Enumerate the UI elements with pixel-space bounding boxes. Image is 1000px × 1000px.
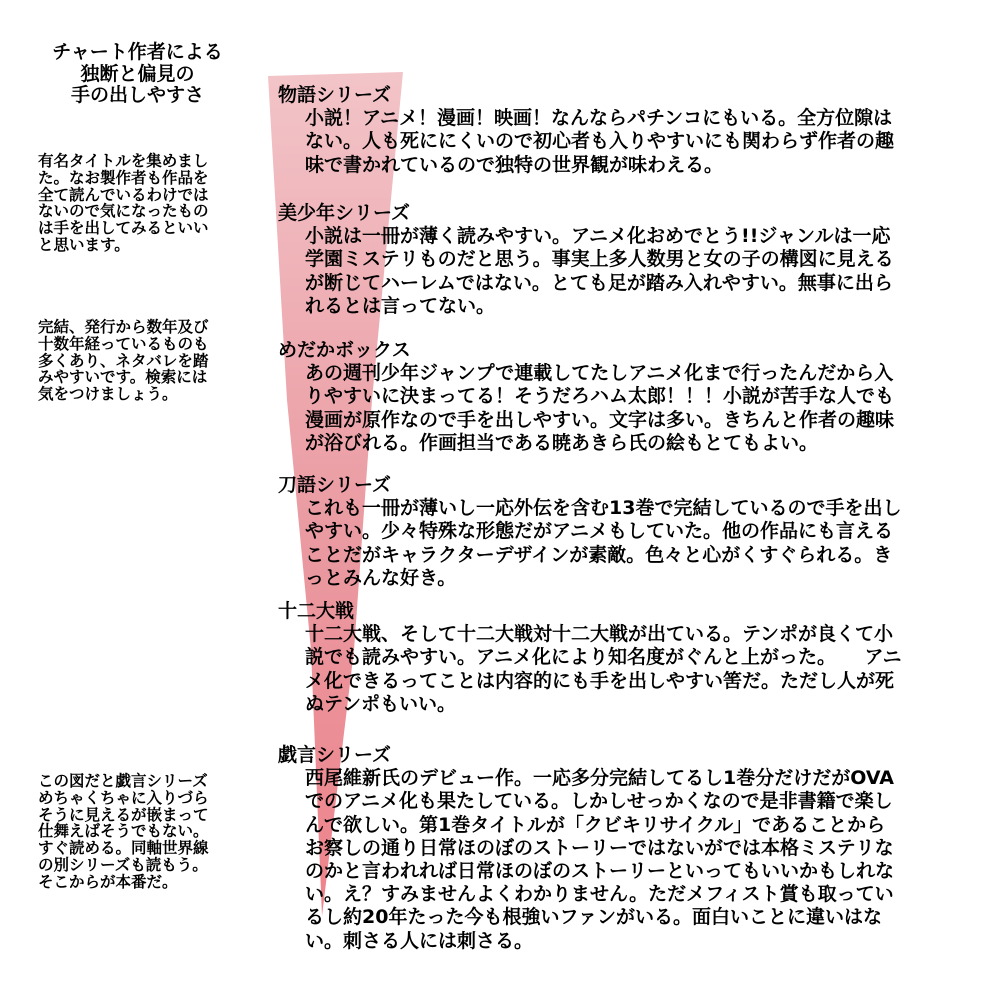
chart-page: { "page": { "background": "#ffffff", "te… (0, 0, 1000, 1000)
section-katanagatari: 刀語シリーズ これも一冊が薄いし一応外伝を含む13巻で完結しているので手を出しや… (278, 474, 938, 590)
chart-title-line: チャート作者による (30, 42, 245, 64)
section-title: 物語シリーズ (278, 84, 938, 107)
section-title: 戯言シリーズ (278, 744, 938, 767)
note-famous-titles: 有名タイトルを集めました。なお製作者も作品を全て読んでいるわけではないので気にな… (38, 153, 220, 254)
chart-title-line: 手の出しやすさ (30, 85, 245, 107)
section-medaka-box: めだかボックス あの週刊少年ジャンプで連載してたしアニメ化まで行ったんだから入り… (278, 339, 938, 455)
section-body: 小説は一冊が薄く読みやすい。アニメ化おめでとう!!ジャンルは一応学園ミステリもの… (305, 225, 902, 318)
note-zaregoto-comment: この図だと戯言シリーズめちゃくちゃに入りづらそうに見えるが嵌まって仕舞えばそうで… (38, 773, 220, 891)
section-juni-taisen: 十二大戦 十二大戦、そして十二大戦対十二大戦が出ている。テンポが良くて小説でも読… (278, 600, 938, 716)
section-title: 美少年シリーズ (278, 202, 938, 225)
note-spoiler-warning: 完結、発行から数年及び十数年経っているものも多くあり、ネタバレを踏みやすいです。… (38, 319, 220, 403)
section-body: これも一冊が薄いし一応外伝を含む13巻で完結しているので手を出しやすい。少々特殊… (305, 497, 902, 590)
section-bishounen: 美少年シリーズ 小説は一冊が薄く読みやすい。アニメ化おめでとう!!ジャンルは一応… (278, 202, 938, 318)
chart-title-line: 独断と偏見の (30, 64, 245, 86)
section-body: 西尾維新氏のデビュー作。一応多分完結してるし1巻分だけだがOVAでのアニメ化も果… (305, 767, 902, 953)
section-title: 刀語シリーズ (278, 474, 938, 497)
section-body: 十二大戦、そして十二大戦対十二大戦が出ている。テンポが良くて小説でも読みやすい。… (305, 623, 902, 716)
section-zaregoto: 戯言シリーズ 西尾維新氏のデビュー作。一応多分完結してるし1巻分だけだがOVAで… (278, 744, 938, 953)
section-body: あの週刊少年ジャンプで連載してたしアニメ化まで行ったんだから入りやすいに決まって… (305, 362, 902, 455)
chart-title: チャート作者による 独断と偏見の 手の出しやすさ (30, 42, 245, 107)
section-body: 小説！アニメ！漫画！映画！なんならパチンコにもいる。全方位隙はない。人も死ににく… (305, 107, 902, 177)
section-title: 十二大戦 (278, 600, 938, 623)
section-title: めだかボックス (278, 339, 938, 362)
section-monogatari: 物語シリーズ 小説！アニメ！漫画！映画！なんならパチンコにもいる。全方位隙はない… (278, 84, 938, 177)
